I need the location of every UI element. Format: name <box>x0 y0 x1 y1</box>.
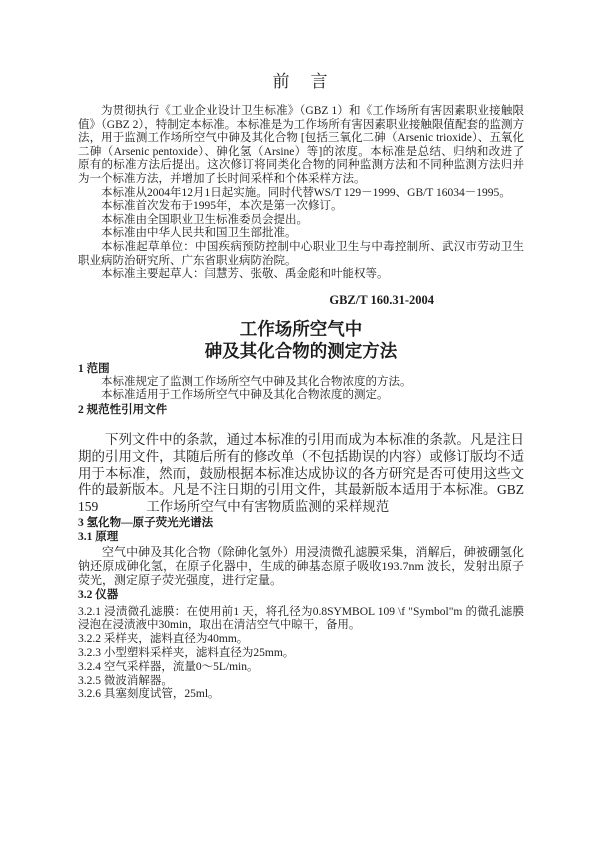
reference-code: GBZ <box>497 482 524 499</box>
reference-line: 159工作场所空气中有害物质监测的采样规范 <box>78 499 524 516</box>
foreword-paragraph: 本标准首次发布于1995年，本次是第一次修订。 <box>78 200 524 214</box>
foreword-paragraph: 为贯彻执行《工业企业设计卫生标准》（GBZ 1）和《工作场所有害因素职业接触限值… <box>78 105 524 187</box>
reference-number: 159 <box>78 499 98 514</box>
section-3-1-heading: 3.1 原理 <box>78 530 524 544</box>
instrument-item: 3.2.1 浸渍微孔滤膜：在使用前1 天，将孔径为0.8SYMBOL 109 \… <box>78 606 524 634</box>
section-2-heading: 2 规范性引用文件 <box>78 403 524 417</box>
instrument-item: 3.2.4 空气采样器，流量0～5L/min。 <box>78 661 524 675</box>
section-1-heading: 1 范围 <box>78 362 524 376</box>
foreword-paragraph: 本标准从2004年12月1日起实施。同时代替WS/T 129－1999、GB/T… <box>78 187 524 201</box>
normative-references-block: 下列文件中的条款，通过本标准的引用而成为本标准的条款。凡是注日期的引用文件，其随… <box>78 432 524 499</box>
instrument-list: 3.2.1 浸渍微孔滤膜：在使用前1 天，将孔径为0.8SYMBOL 109 \… <box>78 606 524 703</box>
document-title: 工作场所空气中 砷及其化合物的测定方法 <box>78 318 524 362</box>
section-1-line: 本标准适用于工作场所空气中砷及其化合物浓度的测定。 <box>78 389 524 403</box>
foreword-paragraph: 本标准主要起草人：闫慧芳、张敬、禹金彪和叶能权等。 <box>78 268 524 282</box>
foreword-paragraph: 本标准由中华人民共和国卫生部批准。 <box>78 227 524 241</box>
standard-number: GBZ/T 160.31-2004 <box>78 293 524 308</box>
document-page: 前 言 为贯彻执行《工业企业设计卫生标准》（GBZ 1）和《工作场所有害因素职业… <box>0 0 600 849</box>
page-content: 前 言 为贯彻执行《工业企业设计卫生标准》（GBZ 1）和《工作场所有害因素职业… <box>78 72 524 702</box>
document-title-line2: 砷及其化合物的测定方法 <box>78 340 524 362</box>
foreword-title: 前 言 <box>78 72 524 92</box>
instrument-item: 3.2.2 采样夹，滤料直径为40mm。 <box>78 633 524 647</box>
instrument-item: 3.2.3 小型塑料采样夹，滤料直径为25mm。 <box>78 647 524 661</box>
section-3-heading: 3 氢化物—原子荧光光谱法 <box>78 516 524 530</box>
document-title-line1: 工作场所空气中 <box>78 318 524 340</box>
foreword-paragraph: 本标准起草单位：中国疾病预防控制中心职业卫生与中毒控制所、武汉市劳动卫生职业病防… <box>78 241 524 268</box>
reference-title: 工作场所空气中有害物质监测的采样规范 <box>146 499 389 514</box>
section-1-line: 本标准规定了监测工作场所空气中砷及其化合物浓度的方法。 <box>78 376 524 390</box>
principle-paragraph: 空气中砷及其化合物（除砷化氢外）用浸渍微孔滤膜采集，消解后，砷被硼氢化钠还原成砷… <box>78 546 524 588</box>
normative-references-paragraph: 下列文件中的条款，通过本标准的引用而成为本标准的条款。凡是注日期的引用文件，其随… <box>78 432 524 499</box>
foreword-paragraph: 本标准由全国职业卫生标准委员会提出。 <box>78 214 524 228</box>
instrument-item: 3.2.5 微波消解器。 <box>78 675 524 689</box>
section-3-2-heading: 3.2 仪器 <box>78 588 524 602</box>
instrument-item: 3.2.6 具塞刻度试管，25ml。 <box>78 688 524 702</box>
